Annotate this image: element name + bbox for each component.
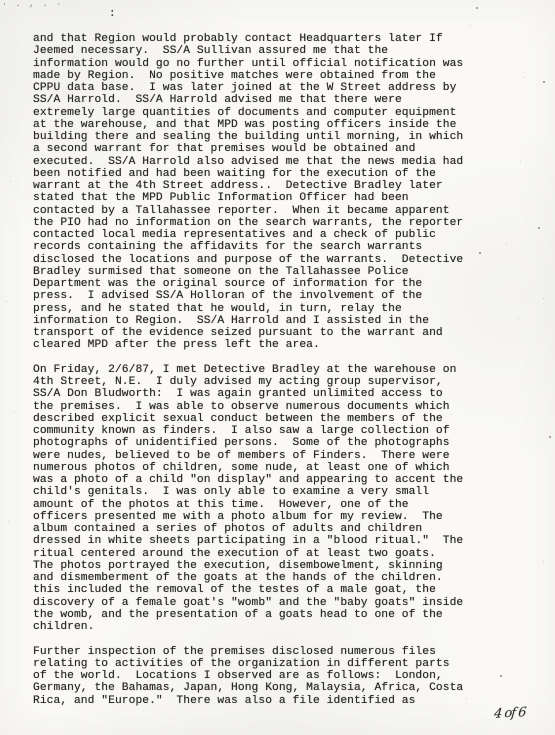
scanned-document-page: · . , . · : and that Region would probab… xyxy=(0,0,555,735)
scan-speck xyxy=(520,161,521,162)
scan-speck xyxy=(470,25,471,26)
stray-typed-colon: : xyxy=(109,8,116,20)
scan-speck xyxy=(543,81,545,83)
scan-speck xyxy=(10,181,11,182)
scan-speck xyxy=(549,436,551,438)
scan-speck xyxy=(543,561,544,562)
scan-noise-corner: · . , . · xyxy=(2,0,63,9)
paragraph-warehouse-observations: On Friday, 2/6/87, I met Detective Bradl… xyxy=(33,364,503,634)
paragraph-world-locations: Further inspection of the premises discl… xyxy=(33,646,503,707)
scan-speck xyxy=(506,243,507,244)
scan-speck xyxy=(543,298,544,299)
scan-speck xyxy=(8,521,9,522)
scan-speck xyxy=(476,7,478,9)
scan-speck xyxy=(6,301,7,302)
scan-speck xyxy=(14,411,15,412)
handwritten-page-number: 4 of 6 xyxy=(493,705,526,722)
scan-speck xyxy=(518,318,519,319)
scan-speck xyxy=(538,227,540,229)
scan-speck xyxy=(523,77,524,78)
document-body: and that Region would probably contact H… xyxy=(33,33,503,719)
paragraph-warrant-execution: and that Region would probably contact H… xyxy=(33,33,503,352)
